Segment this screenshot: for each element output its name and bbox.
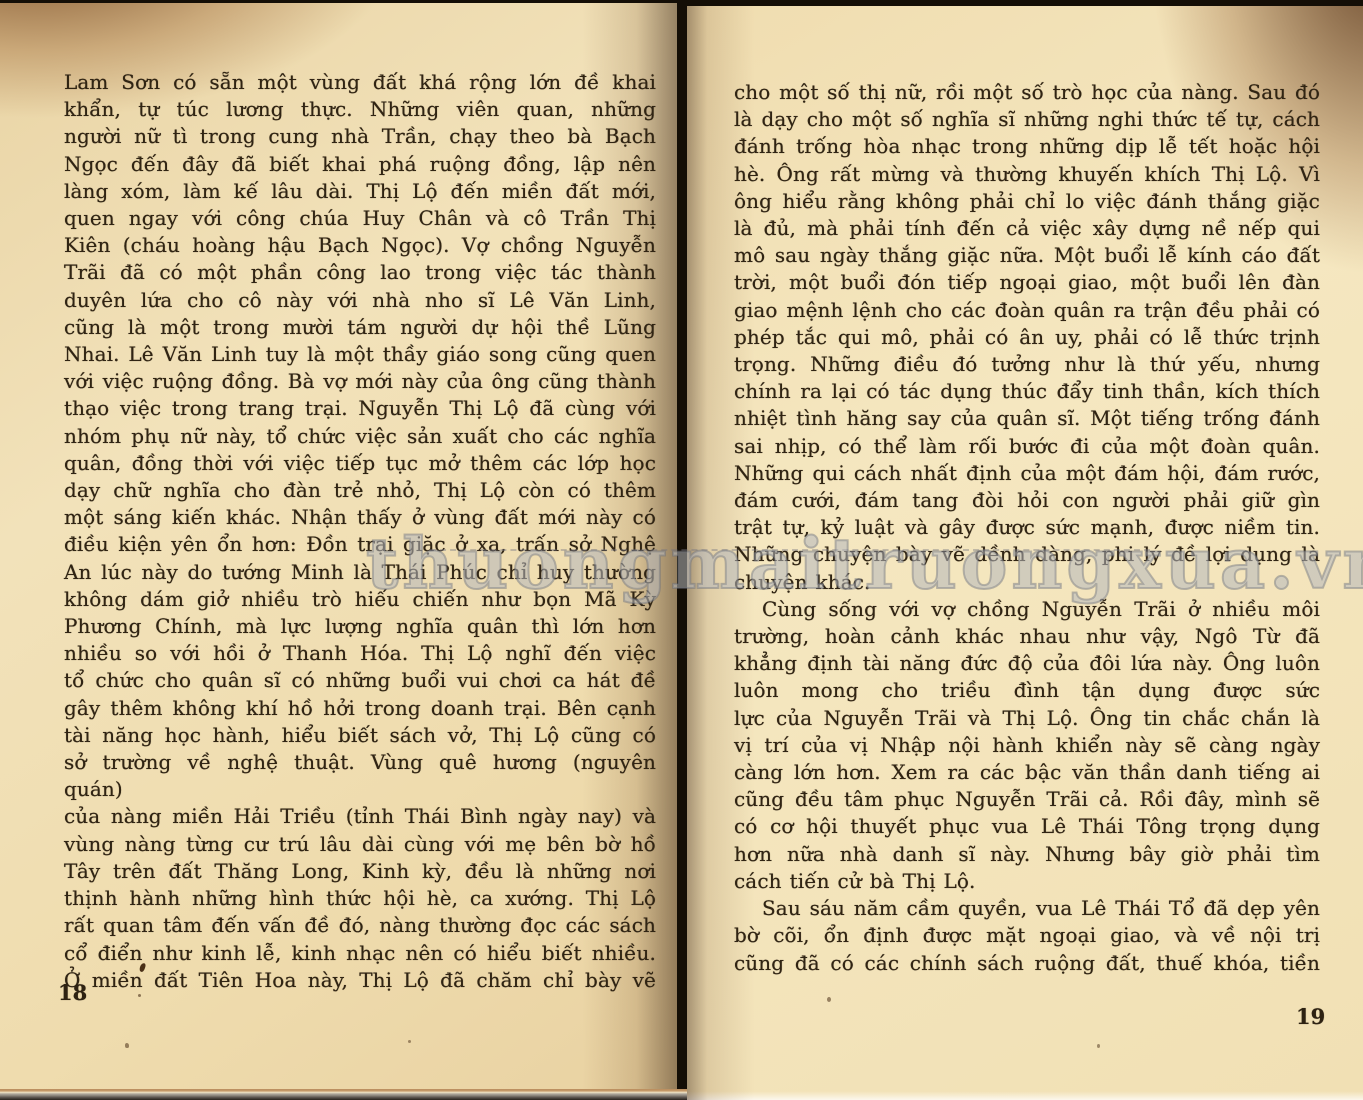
- ink-speck: [125, 1043, 129, 1048]
- book-scan: Lam Sơn có sẵn một vùng đất khá rộng lớn…: [0, 0, 1363, 1100]
- text-line: Kiên (cháu hoàng hậu Bạch Ngọc). Vợ chồn…: [64, 232, 656, 259]
- text-line: An lúc này do tướng Minh là Thái Phúc ch…: [64, 559, 656, 586]
- page-left: Lam Sơn có sẵn một vùng đất khá rộng lớn…: [0, 3, 677, 1089]
- text-line: gây thêm không khí hồ hởi trong doanh tr…: [64, 695, 656, 722]
- text-line: làng xóm, làm kế lâu dài. Thị Lộ đến miề…: [64, 178, 656, 205]
- text-line: của nàng miền Hải Triều (tỉnh Thái Bình …: [64, 803, 656, 830]
- text-line: Lam Sơn có sẵn một vùng đất khá rộng lớn…: [64, 69, 656, 96]
- text-line: trọng. Những điều đó tưởng như là thứ yế…: [734, 351, 1320, 378]
- page-number-left: 18: [58, 980, 87, 1005]
- text-line: lực của Nguyễn Trãi và Thị Lộ. Ông tin c…: [734, 705, 1320, 732]
- ink-speck: [1097, 1044, 1100, 1048]
- text-line: Những qui cách nhất định của một đám hội…: [734, 460, 1320, 487]
- text-line: phép tắc qui mô, phải có ân uy, phải có …: [734, 324, 1320, 351]
- text-line: vùng nàng từng cư trú lâu dài cùng với m…: [64, 831, 656, 858]
- text-line: là dạy cho một số nghĩa sĩ những nghi th…: [734, 106, 1320, 133]
- text-line: khẳng định tài năng đức độ của đôi lứa n…: [734, 650, 1320, 677]
- text-line: thạo việc trong trang trại. Nguyễn Thị L…: [64, 395, 656, 422]
- text-line: thịnh hành những hình thức hội hè, ca xư…: [64, 885, 656, 912]
- text-line: Phương Chính, mà lực lượng nghĩa quân th…: [64, 613, 656, 640]
- page-number-right: 19: [1296, 1004, 1325, 1029]
- text-line: sở trường về nghệ thuật. Vùng quê hương …: [64, 749, 656, 803]
- text-line: nhóm phụ nữ này, tổ chức việc sản xuất c…: [64, 423, 656, 450]
- text-line: Trãi đã có một phần công lao trong việc …: [64, 259, 656, 286]
- text-line: luôn mong cho triều đình tận dụng được s…: [734, 677, 1320, 704]
- text-line: Ở miền đất Tiên Hoa này, Thị Lộ đã chăm …: [64, 967, 656, 994]
- text-line: tài năng học hành, hiểu biết sách vở, Th…: [64, 722, 656, 749]
- text-line: Những chuyện bày vẽ dềnh dàng, phi lý đề…: [734, 541, 1320, 568]
- page-right: cho một số thị nữ, rồi một số trò học củ…: [687, 6, 1363, 1100]
- text-line: giao mệnh lệnh cho các đoàn quân ra trận…: [734, 297, 1320, 324]
- text-line: Nhai. Lê Văn Linh tuy là một thầy giáo s…: [64, 341, 656, 368]
- text-line: nhiệt tình hăng say của quân sĩ. Một tiế…: [734, 405, 1320, 432]
- ink-speck: [827, 997, 831, 1002]
- text-line: người nữ tì trong cung nhà Trần, chạy th…: [64, 123, 656, 150]
- text-line: hè. Ông rất mừng và thường khuyến khích …: [734, 161, 1320, 188]
- text-line: dạy chữ nghĩa cho đàn trẻ nhỏ, Thị Lộ cò…: [64, 477, 656, 504]
- text-line: chính ra lại có tác dụng thúc đẩy tinh t…: [734, 378, 1320, 405]
- text-line: rất quan tâm đến vấn đề đó, nàng thường …: [64, 912, 656, 939]
- text-line: cho một số thị nữ, rồi một số trò học củ…: [734, 79, 1320, 106]
- text-line: cổ điển như kinh lễ, kinh nhạc nên có hi…: [64, 940, 656, 967]
- text-line: cũng đã có các chính sách ruộng đất, thu…: [734, 950, 1320, 977]
- text-line: quân, đồng thời với việc tiếp tục mở thê…: [64, 450, 656, 477]
- text-line: mô sau ngày thắng giặc nữa. Một buổi lễ …: [734, 242, 1320, 269]
- text-line: vị trí của vị Nhập nội hành khiển này sẽ…: [734, 732, 1320, 759]
- text-line: trật tự, kỷ luật và gây được sức mạnh, đ…: [734, 514, 1320, 541]
- text-line: ông hiểu rằng không phải chỉ lo việc đán…: [734, 188, 1320, 215]
- text-line: cũng là một trong mười tám người dự hội …: [64, 314, 656, 341]
- text-line: Tây trên đất Thăng Long, Kinh kỳ, đều là…: [64, 858, 656, 885]
- text-line: sai nhịp, có thể làm rối bước đi của một…: [734, 433, 1320, 460]
- text-line: càng lớn hơn. Xem ra các bậc văn thần da…: [734, 759, 1320, 786]
- text-line: là đủ, mà phải tính đến cả việc xây dựng…: [734, 215, 1320, 242]
- text-line: một sáng kiến khác. Nhận thấy ở vùng đất…: [64, 504, 656, 531]
- text-line: hơn nữa nhà danh sĩ này. Nhưng bây giờ p…: [734, 841, 1320, 868]
- text-line: quen ngay với công chúa Huy Chân và cô T…: [64, 205, 656, 232]
- text-line: duyên lứa cho cô này với nhà nho sĩ Lê V…: [64, 287, 656, 314]
- page-edge-stack: [0, 1089, 700, 1100]
- text-line: không dám giở nhiều trò hiếu chiến như b…: [64, 586, 656, 613]
- text-line: cũng đều tâm phục Nguyễn Trãi cả. Rồi đâ…: [734, 786, 1320, 813]
- text-line: tổ chức cho quân sĩ có những buổi vui ch…: [64, 667, 656, 694]
- text-line: đánh trống hòa nhạc trong những dịp lễ t…: [734, 133, 1320, 160]
- text-line: trường, hoàn cảnh khác nhau như vậy, Ngô…: [734, 623, 1320, 650]
- ink-speck: [138, 994, 141, 997]
- text-line: trời, một buổi đón tiếp ngoại giao, một …: [734, 269, 1320, 296]
- text-line: có cơ hội thuyết phục vua Lê Thái Tông t…: [734, 813, 1320, 840]
- text-line: Cùng sống với vợ chồng Nguyễn Trãi ở nhi…: [734, 596, 1320, 623]
- text-line: với việc ruộng đồng. Bà vợ mới này của ô…: [64, 368, 656, 395]
- text-line: đám cưới, đám tang đòi hỏi con người phả…: [734, 487, 1320, 514]
- text-line: khẩn, tự túc lương thực. Những viên quan…: [64, 96, 656, 123]
- text-line: cách tiến cử bà Thị Lộ.: [734, 868, 1320, 895]
- page-left-text: Lam Sơn có sẵn một vùng đất khá rộng lớn…: [64, 69, 656, 994]
- text-line: điều kiện yên ổn hơn: Đồn trại giặc ở xa…: [64, 531, 656, 558]
- page-right-text: cho một số thị nữ, rồi một số trò học củ…: [734, 79, 1320, 977]
- text-line: bờ cõi, ổn định được mặt ngoại giao, và …: [734, 922, 1320, 949]
- text-line: Sau sáu năm cầm quyền, vua Lê Thái Tổ đã…: [734, 895, 1320, 922]
- text-line: Ngọc đến đây đã biết khai phá ruộng đồng…: [64, 151, 656, 178]
- text-line: nhiều so với hồi ở Thanh Hóa. Thị Lộ ngh…: [64, 640, 656, 667]
- ink-speck: [408, 1040, 411, 1043]
- text-line: chuyện khác.: [734, 569, 1320, 596]
